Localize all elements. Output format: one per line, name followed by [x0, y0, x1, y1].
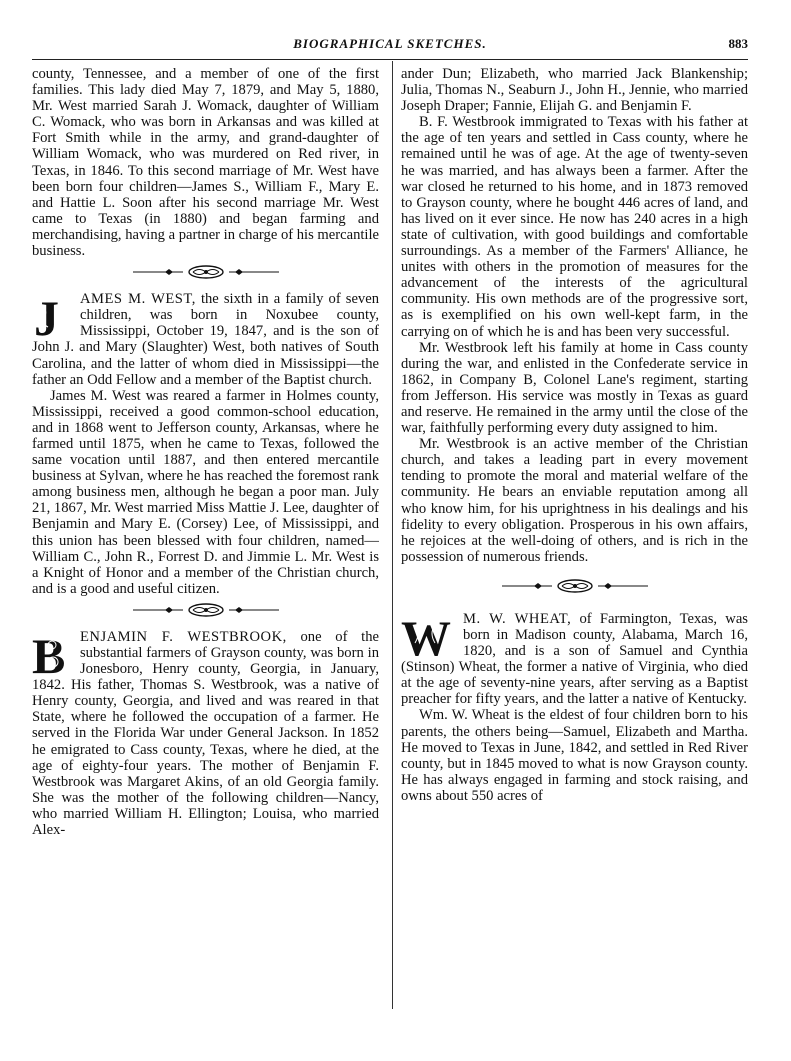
header-rule	[32, 59, 748, 60]
paragraph: B. F. Westbrook immigrated to Texas with…	[401, 114, 748, 339]
bio-entry-james-m-west: JAMES M. WEST, the sixth in a family of …	[32, 291, 379, 597]
svg-text:W: W	[401, 613, 451, 659]
entry-first-text: one of the substantial farmers of Grayso…	[32, 629, 379, 838]
section-divider-ornament-icon	[500, 579, 650, 593]
entry-lead-name: ENJAMIN F. WESTBROOK,	[80, 629, 287, 645]
right-column: ander Dun; Elizabeth, who married Jack B…	[401, 66, 748, 804]
paragraph: Mr. Westbrook is an active member of the…	[401, 436, 748, 565]
decorated-initial-letter-icon: B	[32, 631, 74, 677]
running-title: BIOGRAPHICAL SKETCHES.	[32, 36, 748, 52]
paragraph: Mr. Westbrook left his family at home in…	[401, 340, 748, 437]
svg-text:J: J	[34, 293, 59, 339]
svg-text:B: B	[32, 631, 65, 677]
entry-first-paragraph: BENJAMIN F. WESTBROOK, one of the substa…	[32, 629, 379, 838]
bio-entry-benjamin-f-westbrook: BENJAMIN F. WESTBROOK, one of the substa…	[32, 629, 379, 838]
entry-paragraph: James M. West was reared a farmer in Hol…	[32, 388, 379, 597]
left-column: county, Tennessee, and a member of one o…	[32, 66, 379, 838]
continuation-paragraph: county, Tennessee, and a member of one o…	[32, 66, 379, 259]
decorated-initial-letter-icon: W	[401, 613, 457, 659]
page-header: BIOGRAPHICAL SKETCHES. 883	[32, 36, 748, 56]
section-divider-ornament-icon	[131, 603, 281, 617]
entry-first-paragraph: WM. W. WHEAT, of Farmington, Texas, was …	[401, 611, 748, 708]
entry-lead-name: AMES M. WEST,	[80, 291, 196, 307]
continuation-paragraph: ander Dun; Elizabeth, who married Jack B…	[401, 66, 748, 114]
entry-lead-name: M. W. WHEAT,	[463, 611, 571, 627]
entry-paragraph: Wm. W. Wheat is the eldest of four child…	[401, 707, 748, 804]
decorated-initial-letter-icon: J	[32, 293, 74, 339]
page-number: 883	[729, 36, 749, 52]
entry-first-paragraph: JAMES M. WEST, the sixth in a family of …	[32, 291, 379, 388]
section-divider-ornament-icon	[131, 265, 281, 279]
bio-entry-wm-w-wheat: WM. W. WHEAT, of Farmington, Texas, was …	[401, 611, 748, 804]
column-divider	[392, 61, 393, 1009]
